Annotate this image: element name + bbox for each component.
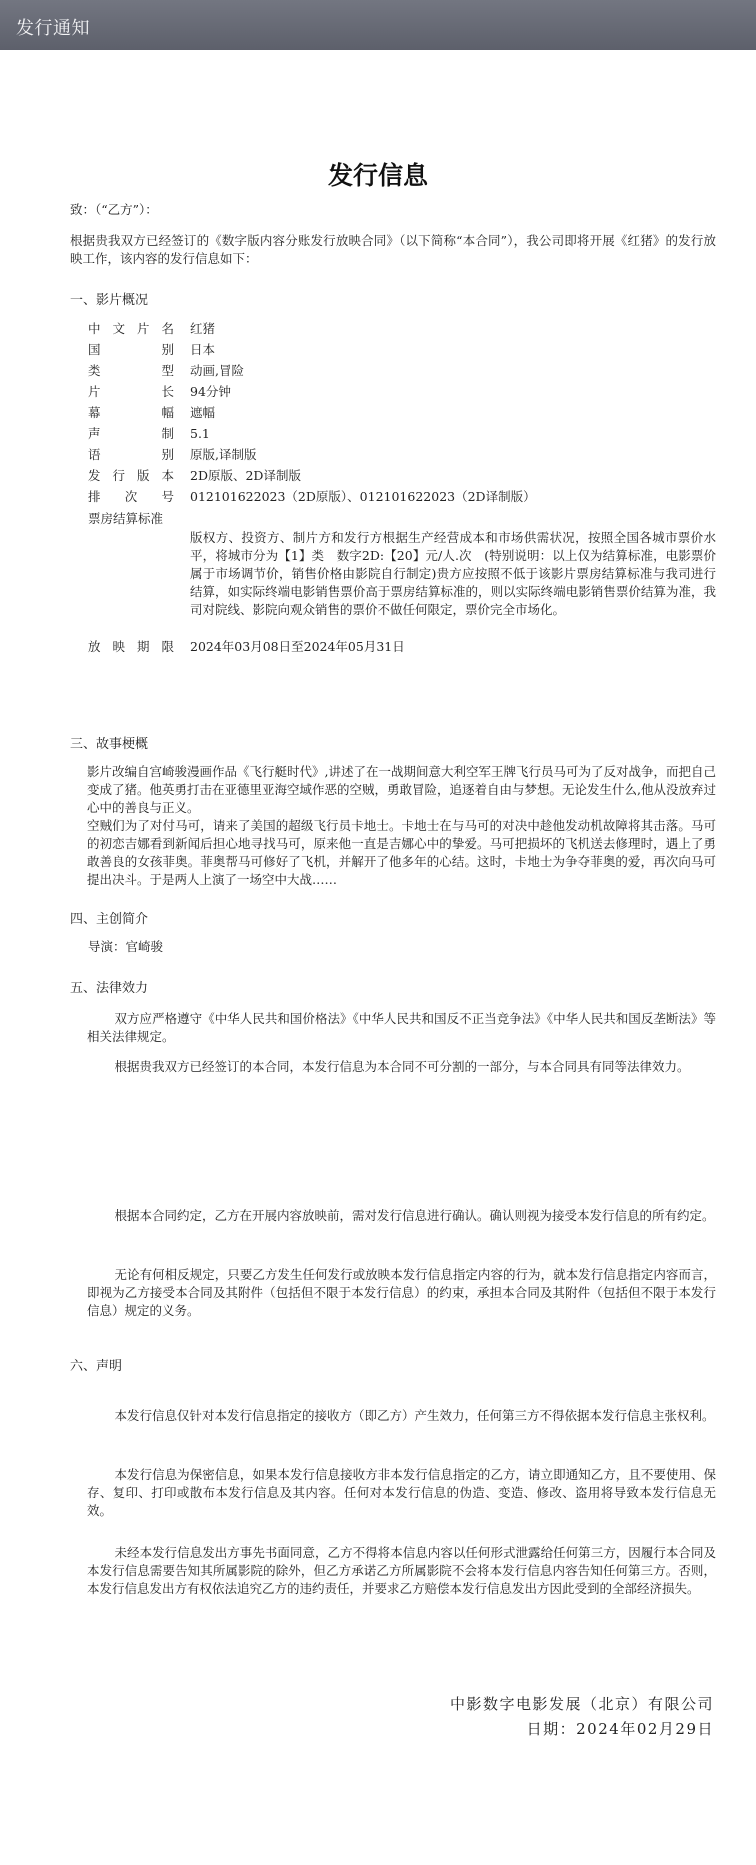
legal-paragraph: 根据本合同约定，乙方在开展内容放映前，需对发行信息进行确认。确认则视为接受本发行… bbox=[87, 1207, 716, 1225]
legal-paragraph: 无论有何相反规定，只要乙方发生任何发行或放映本发行信息指定内容的行为，就本发行信… bbox=[87, 1266, 716, 1320]
info-value: 5.1 bbox=[190, 424, 210, 444]
section-heading-legal: 五、法律效力 bbox=[70, 977, 148, 996]
settlement-label: 票房结算标准 bbox=[88, 510, 163, 528]
statement-paragraph: 本发行信息仅针对本发行信息指定的接收方（即乙方）产生效力，任何第三方不得依据本发… bbox=[87, 1407, 716, 1425]
synopsis-paragraph: 影片改编自宫崎骏漫画作品《飞行艇时代》,讲述了在一战期间意大利空军王牌飞行员马可… bbox=[87, 763, 716, 817]
info-value: 原版,译制版 bbox=[190, 445, 256, 465]
info-label: 语别 bbox=[88, 445, 174, 465]
info-label: 排次号 bbox=[88, 487, 174, 507]
info-value: 2D原版、2D译制版 bbox=[190, 466, 301, 486]
section-heading-overview: 一、影片概况 bbox=[70, 289, 148, 308]
info-value: 动画,冒险 bbox=[190, 361, 244, 381]
title-bar: 发行通知 bbox=[0, 0, 756, 50]
statement-paragraph: 本发行信息为保密信息，如果本发行信息接收方非本发行信息指定的乙方，请立即通知乙方… bbox=[87, 1466, 716, 1520]
info-label: 中文片名 bbox=[88, 319, 174, 339]
info-label: 类型 bbox=[88, 361, 174, 381]
info-label: 声制 bbox=[88, 424, 174, 444]
window-title: 发行通知 bbox=[16, 14, 90, 40]
info-label: 国别 bbox=[88, 340, 174, 360]
statement-paragraph: 未经本发行信息发出方事先书面同意，乙方不得将本信息内容以任何形式泄露给任何第三方… bbox=[87, 1544, 716, 1598]
synopsis-paragraph: 空贼们为了对付马可，请来了美国的超级飞行员卡地士。卡地士在与马可的对决中趁他发动… bbox=[87, 817, 716, 889]
info-label: 片长 bbox=[88, 382, 174, 402]
issue-date: 日期：2024年02月29日 bbox=[527, 1718, 714, 1739]
info-value: 94分钟 bbox=[190, 382, 231, 402]
info-label: 放映期限 bbox=[88, 637, 174, 657]
document-title: 发行信息 bbox=[0, 156, 756, 192]
info-value: 红猪 bbox=[190, 319, 215, 339]
section-heading-synopsis: 三、故事梗概 bbox=[70, 733, 148, 752]
info-value: 2024年03月08日至2024年05月31日 bbox=[190, 637, 405, 657]
salutation: 致：（“乙方”）： bbox=[70, 201, 158, 219]
settlement-text: 版权方、投资方、制片方和发行方根据生产经营成本和市场供需状况，按照全国各城市票价… bbox=[190, 529, 716, 619]
info-value: 日本 bbox=[190, 340, 215, 360]
issuer-company: 中影数字电影发展（北京）有限公司 bbox=[450, 1693, 714, 1714]
section-heading-creators: 四、主创简介 bbox=[70, 908, 148, 927]
intro-paragraph: 根据贵我双方已经签订的《数字版内容分账发行放映合同》（以下简称“本合同”），我公… bbox=[70, 232, 716, 268]
legal-paragraph: 根据贵我双方已经签订的本合同，本发行信息为本合同不可分割的一部分，与本合同具有同… bbox=[87, 1058, 716, 1076]
legal-paragraph: 双方应严格遵守《中华人民共和国价格法》《中华人民共和国反不正当竞争法》《中华人民… bbox=[87, 1010, 716, 1046]
info-value: 遮幅 bbox=[190, 403, 215, 423]
info-value: 012101622023（2D原版）、012101622023（2D译制版） bbox=[190, 487, 536, 507]
section-heading-statement: 六、声明 bbox=[70, 1355, 122, 1374]
info-label: 幕幅 bbox=[88, 403, 174, 423]
director-line: 导演：官崎骏 bbox=[88, 938, 163, 956]
info-label: 发行版本 bbox=[88, 466, 174, 486]
